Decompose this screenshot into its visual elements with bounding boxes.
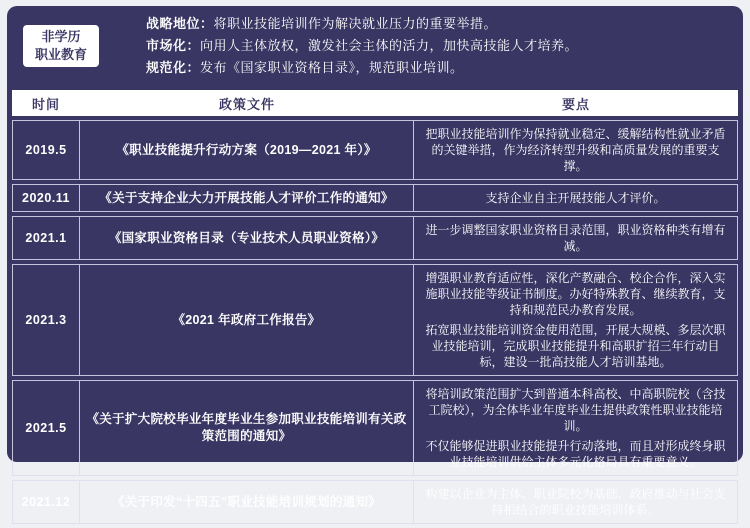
time-cell: 2020.11 [12, 184, 80, 212]
doc-cell: 《关于扩大院校毕业年度毕业生参加职业技能培训有关政策范围的通知》 [80, 380, 414, 470]
table-row: 2021.1 《国家职业资格目录（专业技术人员职业资格）》 进一步调整国家职业资… [12, 216, 738, 260]
points-cell: 增强职业教育适应性，深化产教融合、校企合作，深入实施职业技能等级证书制度。办好特… [414, 264, 738, 376]
intro-line-market: 市场化：向用人主体放权，激发社会主体的活力，加快高技能人才培养。 [146, 38, 738, 54]
time-cell: 2021.3 [12, 264, 80, 376]
category-badge: 非学历 职业教育 [23, 25, 99, 67]
doc-cell: 《关于支持企业大力开展技能人才评价工作的通知》 [80, 184, 414, 212]
intro-line-standard: 规范化：发布《国家职业资格目录》，规范职业培训。 [146, 60, 738, 76]
intro-text: 向用人主体放权，激发社会主体的活力，加快高技能人才培养。 [200, 38, 578, 53]
time-cell: 2021.5 [12, 380, 80, 470]
points-cell: 将培训政策范围扩大到普通本科高校、中高职院校（含技工院校），为全体毕业年度毕业生… [414, 380, 738, 470]
intro-text: 发布《国家职业资格目录》，规范职业培训。 [200, 60, 464, 75]
points-cell: 把职业技能培训作为保持就业稳定、缓解结构性就业矛盾的关键举措，作为经济转型升级和… [414, 120, 738, 180]
doc-cell: 《职业技能提升行动方案（2019—2021 年）》 [80, 120, 414, 180]
point-paragraph: 支持企业自主开展技能人才评价。 [420, 190, 731, 206]
policy-table-body: 2019.5 《职业技能提升行动方案（2019—2021 年）》 把职业技能培训… [12, 120, 738, 470]
policy-panel: 非学历 职业教育 战略地位：将职业技能培训作为解决就业压力的重要举措。 市场化：… [7, 6, 743, 462]
intro-label: 规范化： [146, 60, 200, 75]
points-cell: 进一步调整国家职业资格目录范围，职业资格种类有增有减。 [414, 216, 738, 260]
doc-cell: 《国家职业资格目录（专业技术人员职业资格）》 [80, 216, 414, 260]
intro-line-strategy: 战略地位：将职业技能培训作为解决就业压力的重要举措。 [146, 16, 738, 32]
time-cell: 2019.5 [12, 120, 80, 180]
point-paragraph: 拓宽职业技能培训资金使用范围，开展大规模、多层次职业技能培训，完成职业技能提升和… [420, 322, 731, 370]
intro-label: 战略地位： [146, 16, 214, 31]
point-paragraph: 把职业技能培训作为保持就业稳定、缓解结构性就业矛盾的关键举措，作为经济转型升级和… [420, 126, 731, 174]
table-row: 2021.3 《2021 年政府工作报告》 增强职业教育适应性，深化产教融合、校… [12, 264, 738, 376]
intro-text: 将职业技能培训作为解决就业压力的重要举措。 [214, 16, 498, 31]
badge-line1: 非学历 [23, 28, 99, 46]
points-cell: 支持企业自主开展技能人才评价。 [414, 184, 738, 212]
intro-label: 市场化： [146, 38, 200, 53]
table-row: 2021.5 《关于扩大院校毕业年度毕业生参加职业技能培训有关政策范围的通知》 … [12, 380, 738, 470]
badge-line2: 职业教育 [23, 46, 99, 64]
point-paragraph: 将培训政策范围扩大到普通本科高校、中高职院校（含技工院校），为全体毕业年度毕业生… [420, 386, 731, 434]
time-cell: 2021.1 [12, 216, 80, 260]
column-header-points: 要点 [414, 90, 738, 116]
point-paragraph: 进一步调整国家职业资格目录范围，职业资格种类有增有减。 [420, 222, 731, 254]
point-paragraph: 增强职业教育适应性，深化产教融合、校企合作，深入实施职业技能等级证书制度。办好特… [420, 270, 731, 318]
intro-section: 非学历 职业教育 战略地位：将职业技能培训作为解决就业压力的重要举措。 市场化：… [12, 6, 738, 86]
column-header-time: 时间 [12, 90, 80, 116]
policy-table: 时间 政策文件 要点 2019.5 《职业技能提升行动方案（2019—2021 … [12, 86, 738, 470]
point-paragraph: 不仅能够促进职业技能提升行动落地，而且对形成终身职业技能培训供给主体多元化格局具… [420, 438, 731, 470]
intro-lines: 战略地位：将职业技能培训作为解决就业压力的重要举措。 市场化：向用人主体放权，激… [146, 10, 738, 82]
table-row: 2020.11 《关于支持企业大力开展技能人才评价工作的通知》 支持企业自主开展… [12, 184, 738, 212]
doc-cell: 《2021 年政府工作报告》 [80, 264, 414, 376]
table-row: 2019.5 《职业技能提升行动方案（2019—2021 年）》 把职业技能培训… [12, 120, 738, 180]
table-header-row: 时间 政策文件 要点 [12, 90, 738, 116]
column-header-doc: 政策文件 [80, 90, 414, 116]
